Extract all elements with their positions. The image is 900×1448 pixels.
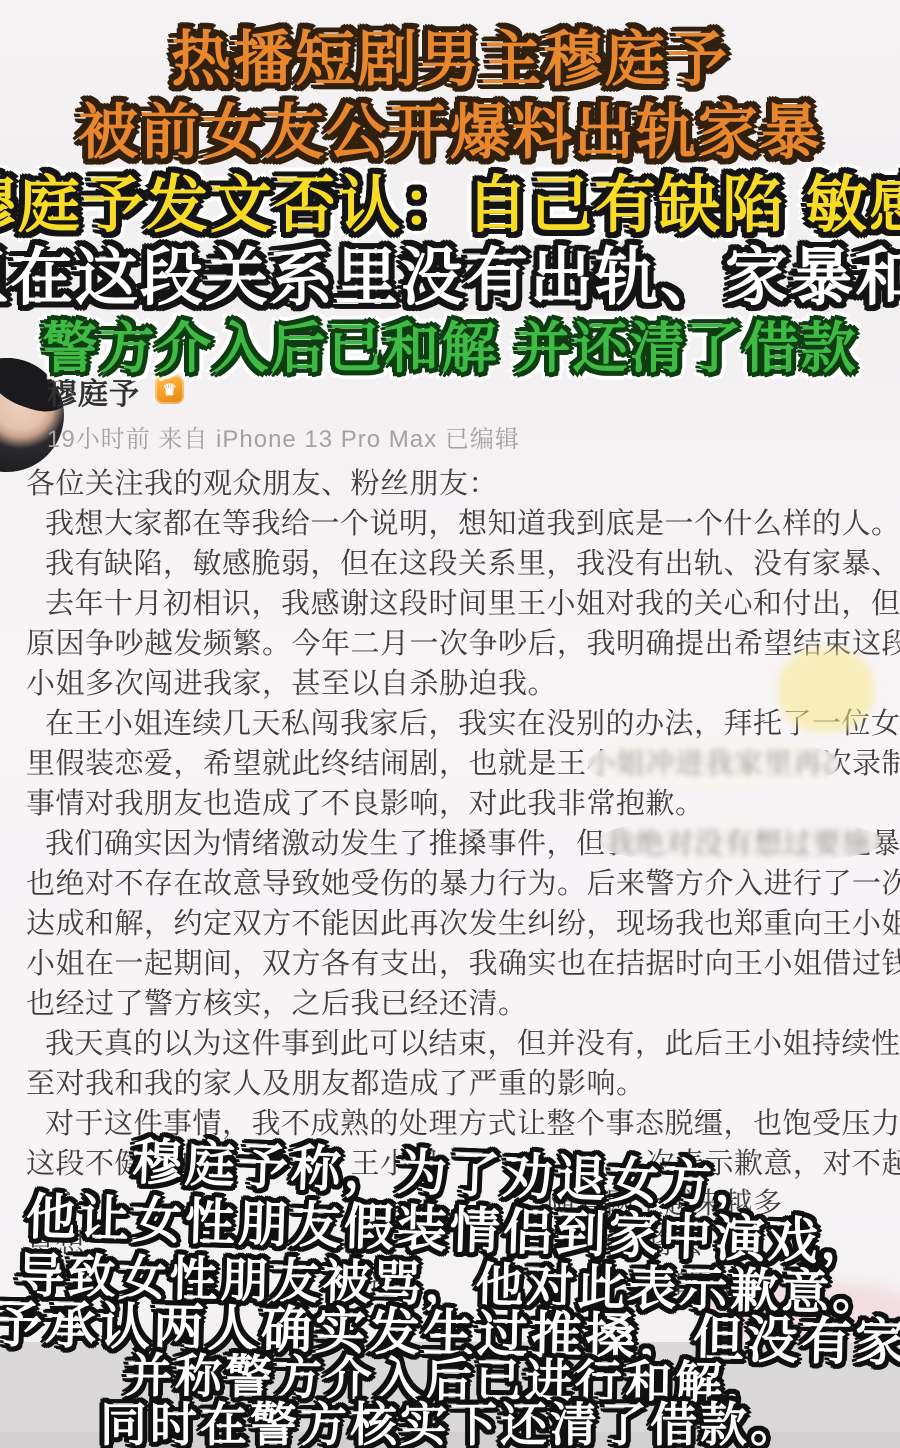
post-body-line: 达成和解，约定双方不能因此再次发生纠纷，现场我也郑重向王小姐道了歉。和王 bbox=[26, 904, 900, 944]
headline-line-2: 被前女友公开爆料出轨家暴 bbox=[78, 97, 822, 169]
post-body-line: 我有缺陷，敏感脆弱，但在这段关系里，我没有出轨、没有家暴、没有骗钱 bbox=[26, 544, 900, 584]
headline-line-1: 热播短剧男主穆庭予 bbox=[171, 24, 729, 96]
post-body-line: 也经过了警方核实，之后我已经还清。 bbox=[26, 984, 900, 1024]
post-body-line: 里假装恋爱，希望就此终结闹剧，也就是王小姐冲进我家里再次录制的视频，这 bbox=[26, 744, 900, 784]
post-meta: 19小时前 来自 iPhone 13 Pro Max 已编辑 bbox=[47, 419, 520, 454]
post-body-line: 事情对我朋友也造成了不良影响，对此我非常抱歉。 bbox=[26, 784, 900, 824]
post-body-line: 至对我和我的家人及朋友都造成了严重的影响。 bbox=[26, 1064, 900, 1104]
post-body-line: 也绝对不存在故意导致她受伤的暴力行为。后来警方介入进行了一次调解，我们 bbox=[26, 864, 900, 904]
caption-line-6: 同时在警方核实下还清了借款。 bbox=[100, 1388, 800, 1448]
post-body-line: 小姐在一起期间，双方各有支出，我确实也在拮据时向王小姐借过钱，这部分款 bbox=[26, 944, 900, 984]
post-body-line: 去年十月初相识，我感谢这段时间里王小姐对我的关心和付出，但确实因为性格 bbox=[26, 584, 900, 624]
post-body-line: 在王小姐连续几天私闯我家后，我实在没别的办法，拜托了一位女生朋友来我家 bbox=[26, 704, 900, 744]
post-body-line: 小姐多次闯进我家，甚至以自杀胁迫我。 bbox=[26, 664, 900, 704]
post-body-line: 我们确实因为情绪激动发生了推搡事件，但我绝对没有想过要施暴于王小姐 bbox=[26, 824, 900, 864]
post-body-line: 我天真的以为这件事到此可以结束，但并没有，此后王小姐持续性的激进行为甚 bbox=[26, 1024, 900, 1064]
post-body-line: 我想大家都在等我给一个说明，想知道我到底是一个什么样的人。 bbox=[26, 504, 900, 544]
post-body-line: 原因争吵越发频繁。今年二月一次争吵后，我明确提出希望结束这段关系，此后王 bbox=[26, 624, 900, 664]
headline-line-3: 穆庭予发文否认：自己有缺陷 敏感脆弱 bbox=[0, 169, 900, 243]
post-body-line: 各位关注我的观众朋友、粉丝朋友： bbox=[26, 464, 900, 504]
headline-line-5: 警方介入后已和解 并还清了借款 bbox=[42, 315, 857, 381]
video-frame: 穆庭予 ♛ 19小时前 来自 iPhone 13 Pro Max 已编辑 各位关… bbox=[0, 0, 900, 1448]
headline-line-4: 但在这段关系里没有出轨、家暴和骗钱 bbox=[0, 241, 900, 317]
